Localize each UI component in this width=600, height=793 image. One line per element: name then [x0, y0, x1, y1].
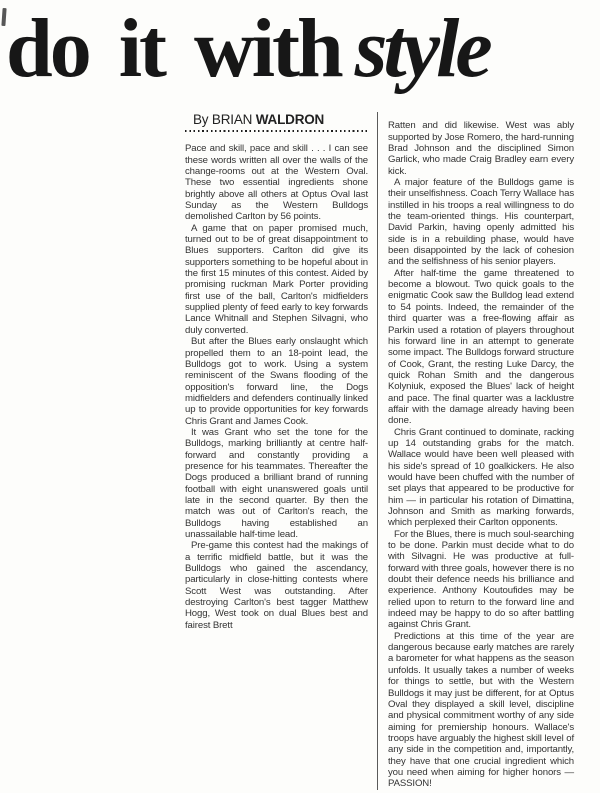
article-page: do it withstyle By BRIAN WALDRON Pace an… [0, 0, 600, 793]
article-paragraph: A major feature of the Bulldogs game is … [388, 177, 574, 268]
left-column: By BRIAN WALDRON Pace and skill, pace an… [185, 112, 377, 789]
article-paragraph: Ratten and did likewise. West was ably s… [388, 120, 574, 177]
article-paragraph: A game that on paper promised much, turn… [185, 223, 368, 336]
article-title: do it withstyle [6, 8, 600, 90]
article-paragraph: Predictions at this time of the year are… [388, 631, 574, 790]
right-column-text: Ratten and did likewise. West was ably s… [388, 120, 574, 789]
article-paragraph: But after the Blues early onslaught whic… [185, 336, 368, 427]
left-column-text: Pace and skill, pace and skill . . . I c… [185, 143, 368, 631]
article-paragraph: Chris Grant continued to dominate, racki… [388, 427, 574, 529]
byline: By BRIAN WALDRON [193, 112, 368, 127]
article-paragraph: Pace and skill, pace and skill . . . I c… [185, 143, 368, 222]
title-italic-text: style [355, 2, 489, 95]
byline-divider [185, 130, 368, 132]
byline-last-name: WALDRON [256, 112, 324, 127]
right-column: Ratten and did likewise. West was ably s… [377, 112, 574, 789]
article-body: By BRIAN WALDRON Pace and skill, pace an… [185, 112, 574, 789]
byline-first-name: BRIAN [212, 112, 252, 127]
article-paragraph: Pre-game this contest had the makings of… [185, 540, 368, 631]
article-paragraph: It was Grant who set the tone for the Bu… [185, 427, 368, 540]
article-paragraph: For the Blues, there is much soul-search… [388, 529, 574, 631]
article-paragraph: After half-time the game threatened to b… [388, 268, 574, 427]
byline-prefix: By [193, 112, 208, 127]
title-regular-text: do it with [6, 2, 341, 95]
